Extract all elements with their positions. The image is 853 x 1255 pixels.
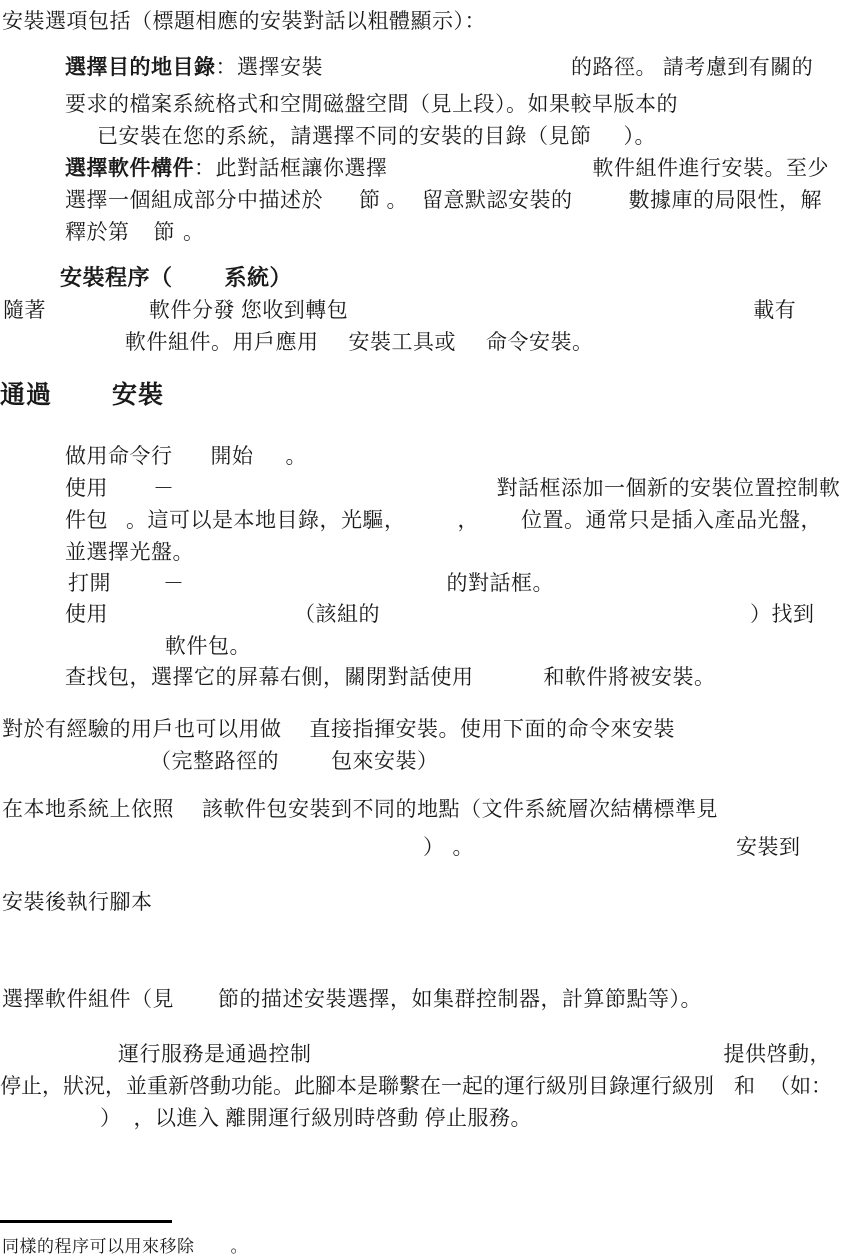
text-run: 節 [359,188,381,212]
missing-word-gap [456,348,486,349]
footnote-separator-rule [0,1220,172,1223]
heading-text: 系統） [225,265,293,290]
text-run: ） [423,835,445,859]
intro-paragraph: 安裝選項包括（標題相應的安裝對話以粗體顯示）： [2,9,486,33]
missing-word-gap [108,494,153,495]
missing-word-gap [755,1092,769,1093]
text-run: 釋於第 [65,220,130,244]
text-run: 載有 [753,298,796,322]
step-accept-install: 查找包，選擇它的屏幕右側，關閉對話使用和軟件將被安裝。 [65,665,716,689]
missing-word-gap [111,589,163,590]
text-run: 留意默認安裝的 [422,188,573,212]
heading-text: 通過 [0,382,52,409]
text-run: 已安裝在您的系統，請選擇不同的安裝的目錄（見節 [97,124,592,148]
step-find-package-line2: 軟件包。 [165,634,251,658]
text-run: 。 [387,188,409,212]
text-run: 。 [183,220,205,244]
missing-word-gap [406,526,458,527]
missing-word-gap [319,348,349,349]
bullet-components-line1: 選擇軟件構件：此對話框讓你選擇軟件組件進行安裝。至少 [65,156,829,180]
text-run: ：選擇安裝 [216,55,324,79]
text-run: － [163,571,185,595]
missing-word-gap [388,174,593,175]
missing-word-gap [282,735,310,736]
text-run: 件包 [65,508,108,532]
text-run: 。這可以是本地目錄，光驅， [126,508,406,532]
text-run: （如： [769,1074,832,1098]
experienced-users-line2: （完整路徑的包來安裝） [150,749,439,773]
select-components-paragraph: 選擇軟件組件（見節的描述安裝選擇，如集群控制器，計算節點等）。 [2,987,702,1011]
post-script-paragraph: 安裝後執行腳本 [2,890,153,914]
missing-word-gap [592,142,624,143]
text-run: 安裝到 [736,835,801,859]
document-page: 安裝選項包括（標題相應的安裝對話以粗體顯示）： 選擇目的地目錄：選擇安裝的路徑。… [0,0,853,1255]
heading-install-procedure: 安裝程序（系統） [60,265,292,290]
missing-word-gap [174,815,202,816]
text-run: 直接指揮安裝。使用下面的命令來安裝 [310,717,676,741]
text-run: 和 [734,1074,755,1098]
heading-text: 安裝程序（ [60,265,173,290]
text-run: 運行服務是通過控制 [118,1042,312,1066]
missing-word-gap [174,1005,218,1006]
missing-word-gap [46,316,149,317]
distribution-line2: 軟件組件。用戶應用安裝工具或命令安裝。 [125,330,594,354]
missing-word-gap [714,1092,734,1093]
missing-word-gap [279,767,331,768]
text-run: 開始 [211,444,254,468]
missing-word-gap [175,494,497,495]
step-open-dialog: 打開－的對話框。 [68,571,554,595]
step-add-location-line3: 並選擇光盤。 [65,540,194,564]
text-run: 安裝後執行腳本 [2,890,153,914]
text-run: 該軟件包安裝到不同的地點（文件系統層次結構標準見 [202,797,718,821]
missing-word-gap [108,620,294,621]
text-run: 軟件包。 [165,634,251,658]
text-run: ）。 [624,124,657,148]
missing-word-gap [474,853,736,854]
text-run: － [153,476,175,500]
missing-word-gap [323,206,359,207]
text-run: 查找包，選擇它的屏幕右側，關閉對話使用 [65,665,474,689]
step-find-package-line1: 使用（該組的）找到 [65,602,815,626]
missing-word-gap [380,620,750,621]
step-add-location-line2: 件包。這可以是本地目錄，光驅，，位置。通常只是插入產品光盤， [65,508,822,532]
text-run: 。 [453,835,475,859]
text-run: 位置。通常只是插入產品光盤， [521,508,822,532]
missing-word-gap [122,1124,134,1125]
missing-word-gap [173,462,211,463]
text-run: ）找到 [750,602,815,626]
text-run: 做用命令行 [65,444,173,468]
bullet-destination-line2: 要求的檔案系統格式和空閒磁盤空間（見上段）。如果較早版本的 [65,92,678,116]
bullet-components-line2: 選擇一個組成部分中描述於節。留意默認安裝的數據庫的局限性，解 [65,188,822,212]
text-run: 打開 [68,571,111,595]
text-run: 在本地系統上依照 [2,797,174,821]
bullet-term: 選擇軟件構件 [65,156,194,180]
missing-word-gap [195,1251,231,1252]
text-run: 。 [231,1237,249,1255]
text-run: 使用 [65,476,108,500]
missing-word-gap [175,238,183,239]
text-run: 安裝選項包括（標題相應的安裝對話以粗體顯示）： [2,9,486,33]
section-heading-install-via: 通過安裝 [0,382,164,411]
bullet-destination-line3: 已安裝在您的系統，請選擇不同的安裝的目錄（見節）。 [97,124,656,148]
text-run: 隨著 [3,298,46,322]
run-services-line2: 停止，狀況，並重新啓動功能。此腳本是聯繫在一起的運行級別目錄運行級別和（如： [0,1074,832,1098]
missing-word-gap [573,206,629,207]
text-run: 對話框添加一個新的安裝位置控制軟 [497,476,841,500]
text-run: ，以進入 離開運行級別時啓動 停止服務。 [134,1106,533,1130]
footnote-text: 同樣的程序可以用來移除。 [2,1237,248,1255]
experienced-users-line1: 對於有經驗的用戶也可以用做直接指揮安裝。使用下面的命令來安裝 [2,717,675,741]
text-run: 軟件組件。用戶應用 [125,330,319,354]
run-services-line3: ），以進入 離開運行級別時啓動 停止服務。 [100,1106,532,1130]
text-run: 。 [286,444,308,468]
missing-word-gap [173,284,225,285]
missing-word-gap [348,316,753,317]
text-run: 要求的檔案系統格式和空閒磁盤空間（見上段）。如果較早版本的 [65,92,678,116]
text-run: 和軟件將被安裝。 [544,665,716,689]
missing-word-gap [130,238,154,239]
text-run: 選擇軟件組件（見 [2,987,174,1011]
missing-word-gap [323,73,571,74]
text-run: 命令安裝。 [486,330,594,354]
run-services-line1: 運行服務是通過控制提供啓動， [118,1042,831,1066]
local-system-line1: 在本地系統上依照該軟件包安裝到不同的地點（文件系統層次結構標準見 [2,797,718,821]
bullet-components-line3: 釋於第節。 [65,220,205,244]
text-run: 包來安裝） [331,749,439,773]
text-run: 軟件組件進行安裝。至少 [593,156,830,180]
text-run: 對於有經驗的用戶也可以用做 [2,717,282,741]
text-run: 安裝工具或 [349,330,457,354]
text-run: 同樣的程序可以用來移除 [2,1237,195,1255]
missing-word-gap [445,853,453,854]
missing-word-gap [108,526,126,527]
heading-text: 安裝 [112,382,164,409]
missing-word-gap [185,589,447,590]
text-run: 的對話框。 [447,571,555,595]
text-run: 使用 [65,602,108,626]
text-run: 節 [154,220,176,244]
bullet-term: 選擇目的地目錄 [65,55,216,79]
step-add-location-line1: 使用－對話框添加一個新的安裝位置控制軟 [65,476,841,500]
text-run: 軟件分發 您收到轉包 [149,298,348,322]
step-start-command: 做用命令行開始。 [65,444,307,468]
text-run: ， [458,508,480,532]
missing-word-gap [479,526,521,527]
text-run: 並選擇光盤。 [65,540,194,564]
text-run: ：此對話框讓你選擇 [194,156,388,180]
text-run: （該組的 [294,602,380,626]
missing-word-gap [474,683,544,684]
bullet-destination-line1: 選擇目的地目錄：選擇安裝的路徑。 請考慮到有關的 [65,55,813,79]
text-run: 提供啓動， [724,1042,832,1066]
missing-word-gap [408,206,422,207]
text-run: 節的描述安裝選擇，如集群控制器，計算節點等）。 [218,987,702,1011]
missing-word-gap [254,462,286,463]
text-run: （完整路徑的 [150,749,279,773]
local-system-line2: ）。安裝到 [423,835,801,859]
text-run: 的路徑。 請考慮到有關的 [571,55,813,79]
distribution-line1: 隨著軟件分發 您收到轉包載有 [3,298,796,322]
text-run: 選擇一個組成部分中描述於 [65,188,323,212]
text-run: 停止，狀況，並重新啓動功能。此腳本是聯繫在一起的運行級別目錄運行級別 [0,1074,714,1098]
missing-word-gap [312,1060,724,1061]
text-run: 數據庫的局限性，解 [629,188,823,212]
text-run: ） [100,1106,122,1130]
missing-word-gap [52,402,112,403]
